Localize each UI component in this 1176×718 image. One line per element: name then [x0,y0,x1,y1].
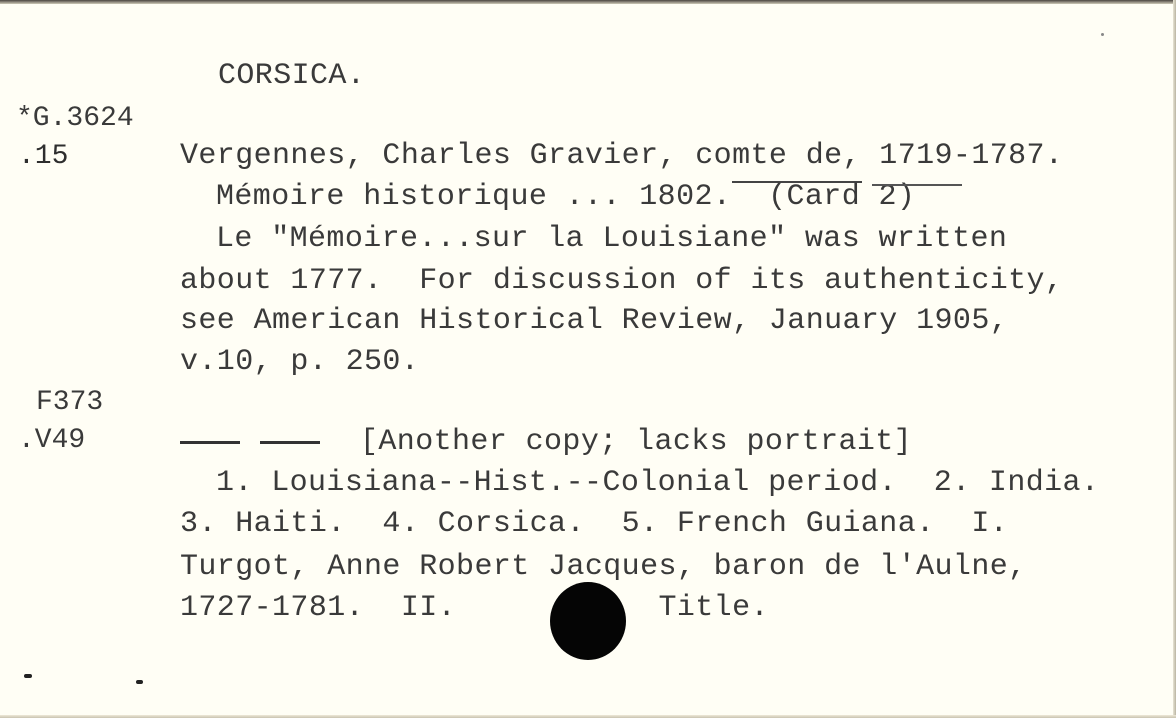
card-punch-hole [550,582,626,660]
catalog-card: CORSICA. *G.3624 .15 F373 .V49 Vergennes… [0,0,1176,718]
ink-speck-1 [24,674,32,678]
call-number-line-4: .V49 [18,424,85,458]
call-number-line-1: *G.3624 [16,102,134,136]
dash-mark-2 [260,441,320,444]
title-statement: Mémoire historique ... 1802. (Card 2) [216,179,915,215]
card-top-edge [0,0,1176,4]
tracing-line-4: 1727-1781. II. Title. [180,590,769,626]
date-overline-mark [872,184,962,186]
call-number-line-3: F373 [36,386,103,420]
note-line-2: about 1777. For discussion of its authen… [180,263,1063,299]
note-line-1: Le "Mémoire...sur la Louisiane" was writ… [216,221,1007,257]
another-copy-note: [Another copy; lacks portrait] [360,424,912,460]
tracing-line-2: 3. Haiti. 4. Corsica. 5. French Guiana. … [180,506,1008,542]
note-line-3: see American Historical Review, January … [180,303,1008,339]
note-line-4: v.10, p. 250. [180,344,419,380]
subject-heading: CORSICA. [218,58,365,94]
ink-speck-3 [1101,33,1104,36]
author-heading: Vergennes, Charles Gravier, comte de, 17… [180,138,1063,174]
ink-speck-2 [136,680,143,684]
tracing-line-1: 1. Louisiana--Hist.--Colonial period. 2.… [216,465,1099,501]
tracing-line-3: Turgot, Anne Robert Jacques, baron de l'… [180,549,1027,585]
call-number-line-2: .15 [18,140,68,174]
dash-mark-1 [180,441,240,444]
